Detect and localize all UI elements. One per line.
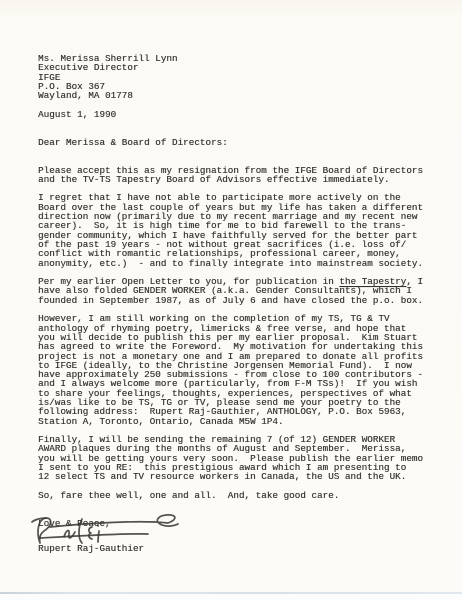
paragraph-resignation: Please accept this as my resignation fro… xyxy=(38,166,423,185)
date-line: August 1, 1990 xyxy=(38,110,423,119)
scanned-letter-page: Ms. Merissa Sherrill Lynn Executive Dire… xyxy=(0,0,462,600)
paragraph-farewell: So, fare thee well, one and all. And, ta… xyxy=(38,491,423,500)
letter-body: Ms. Merissa Sherrill Lynn Executive Dire… xyxy=(38,54,423,553)
signature-icon xyxy=(30,513,182,551)
scan-background-strip xyxy=(0,594,462,600)
paragraph-regret: I regret that I have not able to partici… xyxy=(38,193,423,267)
paragraph-gender-worker: Per my earlier Open Letter to you, for p… xyxy=(38,277,423,305)
salutation: Dear Merissa & Board of Directors: xyxy=(38,138,423,147)
recipient-address: Ms. Merissa Sherrill Lynn Executive Dire… xyxy=(38,54,423,100)
paragraph-award-plaques: Finally, I will be sending the remaining… xyxy=(38,435,423,481)
paragraph-anthology: However, I am still working on the compl… xyxy=(38,314,423,426)
